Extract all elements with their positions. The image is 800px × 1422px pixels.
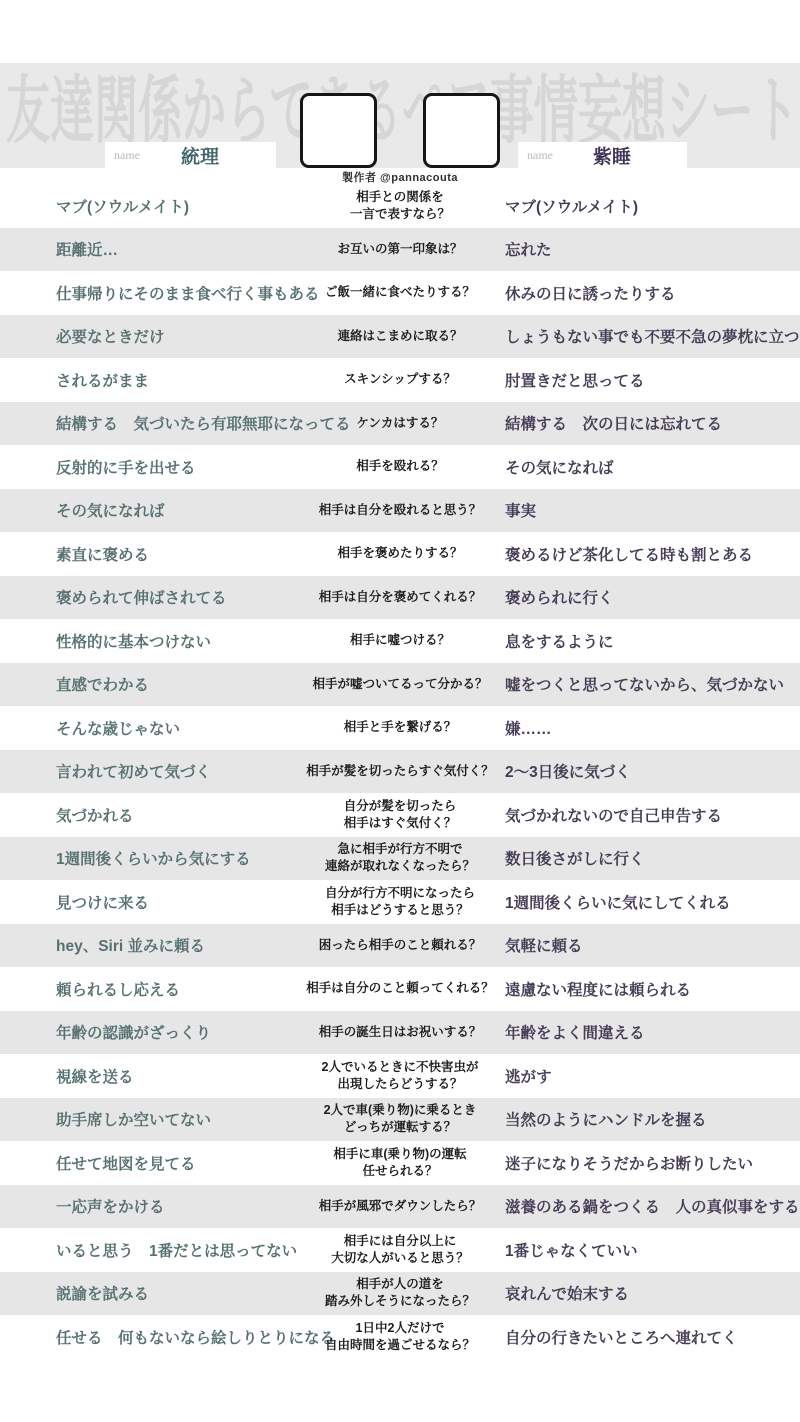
question: お互いの第一印象は？	[300, 241, 500, 258]
qa-row: 距離近…お互いの第一印象は？忘れた	[0, 228, 800, 272]
name-label-left: name	[105, 148, 140, 163]
question: 相手を殴れる？	[300, 458, 500, 475]
qa-row: 言われて初めて気づく相手が髪を切ったらすぐ気付く？2〜3日後に気づく	[0, 750, 800, 794]
right-answer: 肘置きだと思ってる	[500, 369, 800, 391]
qa-row: 1週間後くらいから気にする急に相手が行方不明で 連絡が取れなくなったら？数日後さ…	[0, 837, 800, 881]
question: 相手が嘘ついてるって分かる？	[300, 676, 500, 693]
photo-frame-right	[423, 93, 500, 168]
question: 2人で車(乗り物)に乗るとき どっちが運転する？	[300, 1102, 500, 1136]
left-answer: 1週間後くらいから気にする	[0, 847, 300, 869]
qa-row: その気になれば相手は自分を殴れると思う？事実	[0, 489, 800, 533]
left-answer: いると思う 1番だとは思ってない	[0, 1239, 300, 1261]
question: 1日中2人だけで 自由時間を過ごせるなら？	[300, 1320, 500, 1354]
qa-row: 頼られるし応える相手は自分のこと頼ってくれる？遠慮ない程度には頼られる	[0, 967, 800, 1011]
right-answer: 逃がす	[500, 1065, 800, 1087]
question: 相手に嘘つける？	[300, 632, 500, 649]
question: 相手との関係を 一言で表すなら？	[300, 189, 500, 223]
left-answer: そんな歳じゃない	[0, 717, 300, 739]
question: 困ったら相手のこと頼れる？	[300, 937, 500, 954]
left-answer: 反射的に手を出せる	[0, 456, 300, 478]
name-label-right: name	[518, 148, 553, 163]
left-answer: 必要なときだけ	[0, 325, 300, 347]
photo-frame-left	[300, 93, 377, 168]
question: 相手が人の道を 踏み外しそうになったら？	[300, 1276, 500, 1310]
question: 相手は自分を殴れると思う？	[300, 502, 500, 519]
left-answer: 性格的に基本つけない	[0, 630, 300, 652]
left-answer: 仕事帰りにそのまま食べ行く事もある	[0, 282, 300, 304]
name-field-right[interactable]: name 紫睡	[518, 142, 687, 168]
question: 相手には自分以上に 大切な人がいると思う？	[300, 1233, 500, 1267]
right-answer: 嫌……	[500, 717, 800, 739]
right-answer: 忘れた	[500, 238, 800, 260]
left-answer: 言われて初めて気づく	[0, 760, 300, 782]
right-answer: 褒められに行く	[500, 586, 800, 608]
right-answer: その気になれば	[500, 456, 800, 478]
left-answer: 年齢の認識がざっくり	[0, 1021, 300, 1043]
question: 自分が行方不明になったら 相手はどうすると思う？	[300, 885, 500, 919]
left-answer: 気づかれる	[0, 804, 300, 826]
right-answer: 休みの日に誘ったりする	[500, 282, 800, 304]
qa-row: 仕事帰りにそのまま食べ行く事もあるご飯一緒に食べたりする？休みの日に誘ったりする	[0, 271, 800, 315]
qa-row: 素直に褒める相手を褒めたりする？褒めるけど茶化してる時も割とある	[0, 532, 800, 576]
left-answer: 褒められて伸ばされてる	[0, 586, 300, 608]
left-answer: 距離近…	[0, 238, 300, 260]
right-answer: 結構する 次の日には忘れてる	[500, 412, 800, 434]
qa-row: 結構する 気づいたら有耶無耶になってるケンカはする？結構する 次の日には忘れてる	[0, 402, 800, 446]
question: スキンシップする？	[300, 371, 500, 388]
qa-row: 褒められて伸ばされてる相手は自分を褒めてくれる？褒められに行く	[0, 576, 800, 620]
left-answer: 直感でわかる	[0, 673, 300, 695]
qa-table: マブ(ソウルメイト)相手との関係を 一言で表すなら？マブ(ソウルメイト)距離近……	[0, 184, 800, 1359]
left-answer: されるがまま	[0, 369, 300, 391]
left-answer: 頼られるし応える	[0, 978, 300, 1000]
qa-row: hey、Siri 並みに頼る困ったら相手のこと頼れる？気軽に頼る	[0, 924, 800, 968]
name-value-left: 統理	[140, 142, 276, 169]
right-answer: 数日後さがしに行く	[500, 847, 800, 869]
question: 相手が髪を切ったらすぐ気付く？	[300, 763, 500, 780]
right-answer: しょうもない事でも不要不急の夢枕に立つ	[500, 325, 800, 347]
right-answer: 褒めるけど茶化してる時も割とある	[500, 543, 800, 565]
qa-row: 反射的に手を出せる相手を殴れる？その気になれば	[0, 445, 800, 489]
question: 相手に車(乗り物)の運転 任せられる？	[300, 1146, 500, 1180]
right-answer: 迷子になりそうだからお断りしたい	[500, 1152, 800, 1174]
qa-row: マブ(ソウルメイト)相手との関係を 一言で表すなら？マブ(ソウルメイト)	[0, 184, 800, 228]
question: ケンカはする？	[300, 415, 500, 432]
qa-row: いると思う 1番だとは思ってない相手には自分以上に 大切な人がいると思う？1番じ…	[0, 1228, 800, 1272]
qa-row: 性格的に基本つけない相手に嘘つける？息をするように	[0, 619, 800, 663]
qa-row: 一応声をかける相手が風邪でダウンしたら？滋養のある鍋をつくる 人の真似事をする	[0, 1185, 800, 1229]
left-answer: 見つけに来る	[0, 891, 300, 913]
qa-row: 直感でわかる相手が嘘ついてるって分かる？嘘をつくと思ってないから、気づかない	[0, 663, 800, 707]
qa-row: 助手席しか空いてない2人で車(乗り物)に乗るとき どっちが運転する？当然のように…	[0, 1098, 800, 1142]
left-answer: 一応声をかける	[0, 1195, 300, 1217]
question: 相手と手を繋げる？	[300, 719, 500, 736]
question: 2人でいるときに不快害虫が 出現したらどうする？	[300, 1059, 500, 1093]
qa-row: 任せる 何もないなら絵しりとりになる1日中2人だけで 自由時間を過ごせるなら？自…	[0, 1315, 800, 1359]
qa-row: 必要なときだけ連絡はこまめに取る？しょうもない事でも不要不急の夢枕に立つ	[0, 315, 800, 359]
qa-row: 年齢の認識がざっくり相手の誕生日はお祝いする？年齢をよく間違える	[0, 1011, 800, 1055]
question: 相手は自分を褒めてくれる？	[300, 589, 500, 606]
right-answer: 自分の行きたいところへ連れてく	[500, 1326, 800, 1348]
qa-row: 気づかれる自分が髪を切ったら 相手はすぐ気付く？気づかれないので自己申告する	[0, 793, 800, 837]
qa-row: 説諭を試みる相手が人の道を 踏み外しそうになったら？哀れんで始末する	[0, 1272, 800, 1316]
right-answer: 2〜3日後に気づく	[500, 760, 800, 782]
right-answer: 息をするように	[500, 630, 800, 652]
question: 連絡はこまめに取る？	[300, 328, 500, 345]
question: 自分が髪を切ったら 相手はすぐ気付く？	[300, 798, 500, 832]
name-value-right: 紫睡	[553, 142, 687, 169]
left-answer: 任せる 何もないなら絵しりとりになる	[0, 1326, 300, 1348]
question: 相手は自分のこと頼ってくれる？	[300, 980, 500, 997]
right-answer: 遠慮ない程度には頼られる	[500, 978, 800, 1000]
left-answer: hey、Siri 並みに頼る	[0, 934, 300, 956]
left-answer: 素直に褒める	[0, 543, 300, 565]
qa-row: そんな歳じゃない相手と手を繋げる？嫌……	[0, 706, 800, 750]
right-answer: 滋養のある鍋をつくる 人の真似事をする	[500, 1195, 800, 1217]
qa-row: 任せて地図を見てる相手に車(乗り物)の運転 任せられる？迷子になりそうだからお断…	[0, 1141, 800, 1185]
name-field-left[interactable]: name 統理	[105, 142, 276, 168]
left-answer: 助手席しか空いてない	[0, 1108, 300, 1130]
right-answer: 気軽に頼る	[500, 934, 800, 956]
left-answer: 結構する 気づいたら有耶無耶になってる	[0, 412, 300, 434]
left-answer: 説諭を試みる	[0, 1282, 300, 1304]
left-answer: その気になれば	[0, 499, 300, 521]
right-answer: マブ(ソウルメイト)	[500, 195, 800, 217]
question: 相手を褒めたりする？	[300, 545, 500, 562]
left-answer: 視線を送る	[0, 1065, 300, 1087]
qa-row: 視線を送る2人でいるときに不快害虫が 出現したらどうする？逃がす	[0, 1054, 800, 1098]
qa-row: 見つけに来る自分が行方不明になったら 相手はどうすると思う？1週間後くらいに気に…	[0, 880, 800, 924]
left-answer: 任せて地図を見てる	[0, 1152, 300, 1174]
right-answer: 事実	[500, 499, 800, 521]
right-answer: 当然のようにハンドルを握る	[500, 1108, 800, 1130]
credit-text: 製作者 @pannacouta	[0, 169, 800, 185]
right-answer: 1番じゃなくていい	[500, 1239, 800, 1261]
question: 相手の誕生日はお祝いする？	[300, 1024, 500, 1041]
question: ご飯一緒に食べたりする？	[300, 284, 500, 301]
right-answer: 気づかれないので自己申告する	[500, 804, 800, 826]
question: 急に相手が行方不明で 連絡が取れなくなったら？	[300, 841, 500, 875]
right-answer: 哀れんで始末する	[500, 1282, 800, 1304]
qa-row: されるがままスキンシップする？肘置きだと思ってる	[0, 358, 800, 402]
right-answer: 嘘をつくと思ってないから、気づかない	[500, 673, 800, 695]
question: 相手が風邪でダウンしたら？	[300, 1198, 500, 1215]
right-answer: 年齢をよく間違える	[500, 1021, 800, 1043]
left-answer: マブ(ソウルメイト)	[0, 195, 300, 217]
right-answer: 1週間後くらいに気にしてくれる	[500, 891, 800, 913]
